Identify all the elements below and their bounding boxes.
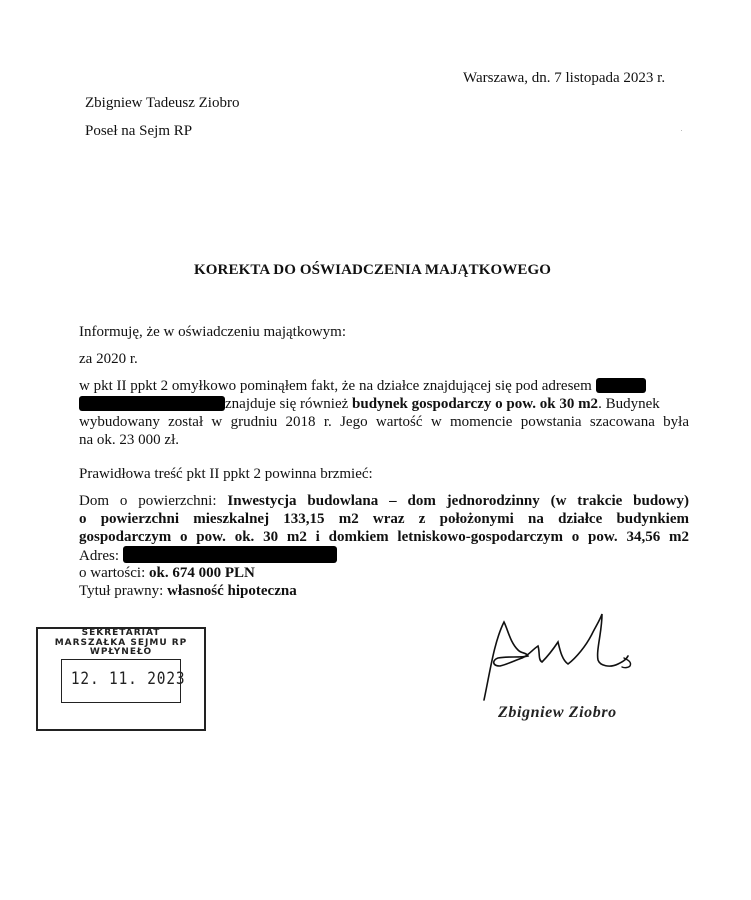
intro-text: Informuję, że w oświadczeniu majątkowym: [79,323,346,341]
author-name: Zbigniew Tadeusz Ziobro [85,94,239,112]
legal-title: własność hipoteczna [167,583,297,599]
document-title: KOREKTA DO OŚWIADCZENIA MAJĄTKOWEGO [194,262,551,279]
redacted-address [123,546,337,563]
paragraph2-line1: Dom o powierzchni: Inwestycja budowlana … [79,492,689,510]
omission-paragraph: w pkt II ppkt 2 omyłkowo pominąłem fakt,… [79,377,689,449]
paragraph1-line3: wybudowany został w grudniu 2018 r. Jego… [79,413,689,431]
stamp-date-box: 12. 11. 2023 [61,659,181,703]
redacted-address [79,396,225,411]
author-role: Poseł na Sejm RP [85,122,192,140]
paragraph2-line2: o powierzchni mieszkalnej 133,15 m2 wraz… [79,510,689,528]
outbuilding-highlight: budynek gospodarczy o pow. ok 30 m2 [352,396,598,412]
legal-title-line: Tytuł prawny: własność hipoteczna [79,582,689,600]
paragraph1-line1: w pkt II ppkt 2 omyłkowo pominąłem fakt,… [79,377,689,395]
property-value: ok. 674 000 PLN [149,565,255,581]
paragraph1-line4: na ok. 23 000 zł. [79,431,689,449]
stamp-date: 12. 11. 2023 [71,669,171,689]
scan-speck [681,130,682,131]
received-stamp: SEKRETARIAT MARSZAŁKA SEJMU RP WPŁYNEŁO … [36,627,206,731]
redacted-address [596,378,646,393]
correction-label: Prawidłowa treść pkt II ppkt 2 powinna b… [79,465,373,483]
place-and-date: Warszawa, dn. 7 listopada 2023 r. [463,69,665,87]
declaration-year: za 2020 r. [79,350,138,368]
address-line: Adres: [79,546,689,564]
corrected-entry: Dom o powierzchni: Inwestycja budowlana … [79,492,689,600]
printed-signature-name: Zbigniew Ziobro [498,704,617,722]
paragraph1-line2: znajduje się również budynek gospodarczy… [79,395,689,413]
paragraph2-line3: gospodarczym o pow. ok. 30 m2 i domkiem … [79,528,689,546]
value-line: o wartości: ok. 674 000 PLN [79,564,689,582]
handwritten-signature-icon [478,612,658,702]
stamp-header: SEKRETARIAT MARSZAŁKA SEJMU RP WPŁYNEŁO [38,629,204,658]
